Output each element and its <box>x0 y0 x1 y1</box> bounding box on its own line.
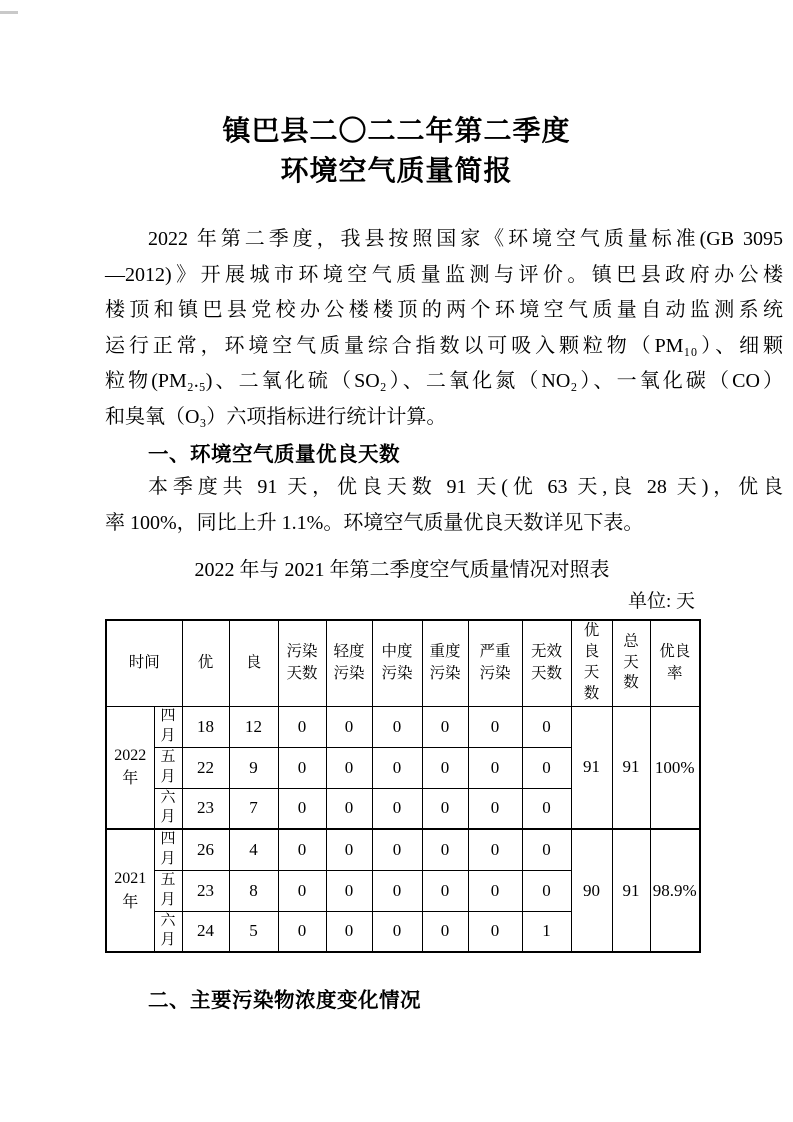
table-row: 2022年四月18120000009191100% <box>106 706 700 747</box>
excellent-good-days-cell: 91 <box>571 706 612 829</box>
value-cell: 0 <box>326 747 372 788</box>
col-header-total-days-label: 总天数 <box>622 632 639 695</box>
value-cell: 0 <box>372 870 422 911</box>
value-cell: 0 <box>468 706 522 747</box>
col-header-excellent: 优 <box>182 620 229 706</box>
value-cell: 0 <box>372 747 422 788</box>
col-header-moderate-pollution-label: 中度污染 <box>380 641 413 686</box>
year-cell: 2021年 <box>106 829 154 952</box>
intro-line: —2012)》开展城市环境空气质量监测与评价。镇巴县政府办公楼 <box>105 258 783 294</box>
value-cell: 0 <box>468 870 522 911</box>
intro-line: 和臭氧（O₃）六项指标进行统计计算。 <box>105 400 783 436</box>
rate-value: 98.9% <box>653 880 697 901</box>
value-cell: 0 <box>278 870 326 911</box>
col-header-light-pollution-label: 轻度污染 <box>332 641 365 686</box>
value-cell: 12 <box>229 706 278 747</box>
col-header-good-label: 良 <box>246 654 262 671</box>
table-unit-label: 单位: 天 <box>105 590 699 614</box>
col-header-polluted-days: 污染天数 <box>278 620 326 706</box>
intro-paragraph: 2022 年第二季度，我县按照国家《环境空气质量标准(GB 3095 —2012… <box>105 222 783 435</box>
value-cell: 1 <box>522 911 571 952</box>
intro-line: 粒物(PM₂.₅)、二氧化硫（SO₂）、二氧化氮（NO₂）、一氧化碳（CO） <box>105 364 783 400</box>
value-cell: 0 <box>468 788 522 829</box>
document-title-line2: 环境空气质量简报 <box>0 152 793 192</box>
value-cell: 0 <box>422 788 468 829</box>
col-header-rate-label: 优良率 <box>658 641 691 686</box>
value-cell: 8 <box>229 870 278 911</box>
month-cell: 五月 <box>154 747 182 788</box>
value-cell: 5 <box>229 911 278 952</box>
col-header-light-pollution: 轻度污染 <box>326 620 372 706</box>
col-header-good: 良 <box>229 620 278 706</box>
total-days-cell: 91 <box>612 706 650 829</box>
col-header-severe-pollution-label: 严重污染 <box>478 641 511 686</box>
document-title: 镇巴县二〇二二年第二季度 环境空气质量简报 <box>0 112 793 192</box>
col-header-total-days: 总天数 <box>612 620 650 706</box>
value-cell: 0 <box>422 911 468 952</box>
section1-line: 本季度共 91 天，优良天数 91 天(优 63 天,良 28 天)，优良 <box>105 470 783 506</box>
value-cell: 9 <box>229 747 278 788</box>
value-cell: 0 <box>278 911 326 952</box>
intro-line: 2022 年第二季度，我县按照国家《环境空气质量标准(GB 3095 <box>105 222 783 258</box>
value-cell: 0 <box>522 870 571 911</box>
total-days-cell: 91 <box>612 829 650 952</box>
value-cell: 23 <box>182 870 229 911</box>
document-title-line1: 镇巴县二〇二二年第二季度 <box>0 112 793 152</box>
value-cell: 0 <box>422 870 468 911</box>
col-header-time: 时间 <box>106 620 182 706</box>
value-cell: 0 <box>326 911 372 952</box>
month-cell: 六月 <box>154 911 182 952</box>
value-cell: 0 <box>326 788 372 829</box>
document-body: 2022 年第二季度，我县按照国家《环境空气质量标准(GB 3095 —2012… <box>105 222 783 1016</box>
table-row: 2021年四月264000000909198.9% <box>106 829 700 870</box>
col-header-excellent-label: 优 <box>198 654 214 671</box>
section1-paragraph: 本季度共 91 天，优良天数 91 天(优 63 天,良 28 天)，优良 率 … <box>105 470 783 541</box>
value-cell: 0 <box>468 747 522 788</box>
value-cell: 22 <box>182 747 229 788</box>
value-cell: 0 <box>522 829 571 870</box>
table-body: 2022年四月18120000009191100%五月229000000六月23… <box>106 706 700 952</box>
rate-value: 100% <box>655 757 695 778</box>
value-cell: 0 <box>326 706 372 747</box>
section1-heading: 一、环境空气质量优良天数 <box>105 439 783 470</box>
col-header-polluted-days-label: 污染天数 <box>285 641 318 686</box>
value-cell: 0 <box>522 788 571 829</box>
month-cell: 六月 <box>154 788 182 829</box>
value-cell: 0 <box>278 706 326 747</box>
value-cell: 4 <box>229 829 278 870</box>
value-cell: 0 <box>372 788 422 829</box>
col-header-rate: 优良率 <box>650 620 700 706</box>
value-cell: 0 <box>522 747 571 788</box>
table-header-row: 时间 优 良 污染天数 轻度污染 中度污染 重度污染 严重污染 无效天数 优良天… <box>106 620 700 706</box>
value-cell: 0 <box>468 829 522 870</box>
col-header-invalid-days-label: 无效天数 <box>530 641 563 686</box>
rate-cell: 100% <box>650 706 700 829</box>
month-cell: 五月 <box>154 870 182 911</box>
value-cell: 18 <box>182 706 229 747</box>
col-header-heavy-pollution-label: 重度污染 <box>428 641 461 686</box>
value-cell: 0 <box>326 829 372 870</box>
value-cell: 0 <box>522 706 571 747</box>
month-cell: 四月 <box>154 829 182 870</box>
excellent-good-days-cell: 90 <box>571 829 612 952</box>
value-cell: 0 <box>372 706 422 747</box>
value-cell: 23 <box>182 788 229 829</box>
value-cell: 0 <box>468 911 522 952</box>
value-cell: 7 <box>229 788 278 829</box>
col-header-time-label: 时间 <box>129 654 160 671</box>
value-cell: 0 <box>422 747 468 788</box>
value-cell: 0 <box>278 829 326 870</box>
value-cell: 24 <box>182 911 229 952</box>
rate-cell: 98.9% <box>650 829 700 952</box>
table-title: 2022 年与 2021 年第二季度空气质量情况对照表 <box>105 553 699 588</box>
intro-line: 楼顶和镇巴县党校办公楼楼顶的两个环境空气质量自动监测系统 <box>105 293 783 329</box>
intro-line: 运行正常，环境空气质量综合指数以可吸入颗粒物（PM₁₀）、细颗 <box>105 329 783 365</box>
col-header-excellent-good-days-label: 优良天数 <box>583 621 600 705</box>
value-cell: 0 <box>422 706 468 747</box>
year-cell: 2022年 <box>106 706 154 829</box>
scan-artifact-mark <box>0 11 18 14</box>
col-header-excellent-good-days: 优良天数 <box>571 620 612 706</box>
air-quality-comparison-table: 时间 优 良 污染天数 轻度污染 中度污染 重度污染 严重污染 无效天数 优良天… <box>105 619 701 953</box>
col-header-heavy-pollution: 重度污染 <box>422 620 468 706</box>
month-cell: 四月 <box>154 706 182 747</box>
value-cell: 0 <box>422 829 468 870</box>
value-cell: 0 <box>278 788 326 829</box>
value-cell: 0 <box>372 911 422 952</box>
col-header-invalid-days: 无效天数 <box>522 620 571 706</box>
comparison-table-area: 2022 年与 2021 年第二季度空气质量情况对照表 单位: 天 时间 优 良… <box>105 553 699 953</box>
col-header-severe-pollution: 严重污染 <box>468 620 522 706</box>
value-cell: 0 <box>326 870 372 911</box>
value-cell: 0 <box>278 747 326 788</box>
section1-line: 率 100%，同比上升 1.1%。环境空气质量优良天数详见下表。 <box>105 506 783 542</box>
value-cell: 26 <box>182 829 229 870</box>
value-cell: 0 <box>372 829 422 870</box>
col-header-moderate-pollution: 中度污染 <box>372 620 422 706</box>
section2-heading: 二、主要污染物浓度变化情况 <box>105 985 783 1016</box>
